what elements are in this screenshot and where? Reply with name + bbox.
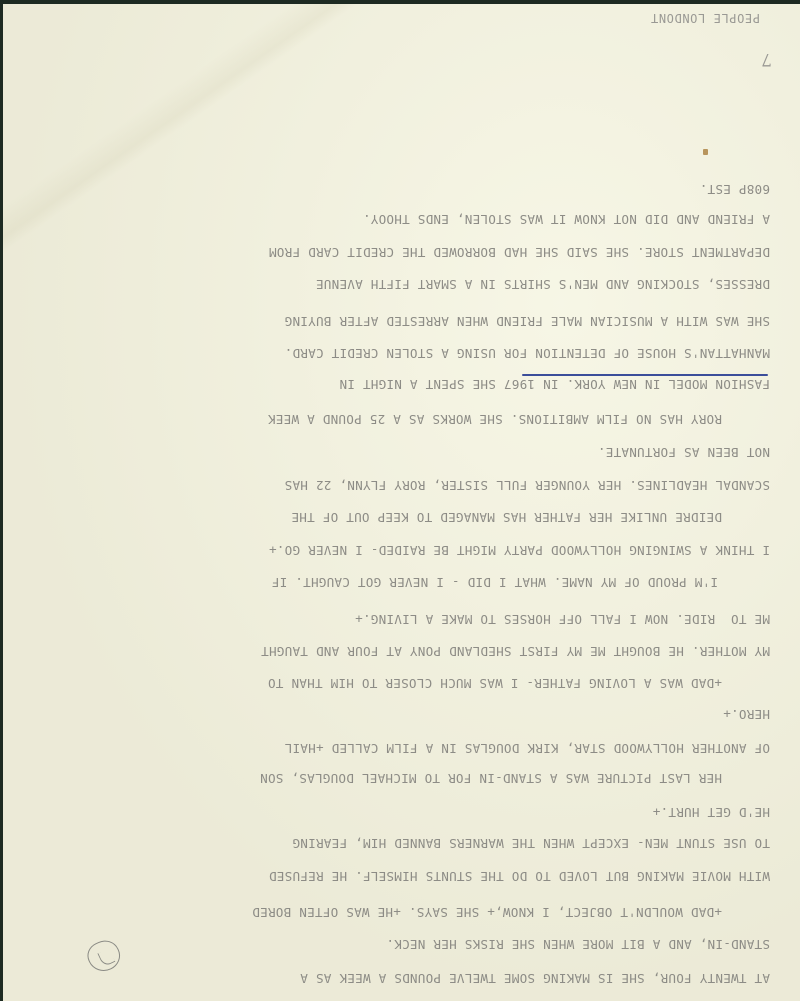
body-line: STAND-IN, AND A BIT MORE WHEN SHE RISKS … [386, 937, 770, 951]
typewritten-wire-copy-sheet: AT TWENTY FOUR, SHE IS MAKING SOME TWELV… [3, 4, 800, 1001]
header-tag: PEOPLE LONDONT [650, 11, 760, 25]
body-line: SHE WAS WITH A MUSICIAN MALE FRIEND WHEN… [284, 314, 770, 328]
body-line: OF ANOTHER HOLLYWOOD STAR, KIRK DOUGLAS … [284, 741, 770, 755]
body-line: DEPARTMENT STORE. SHE SAID SHE HAD BORRO… [269, 245, 770, 259]
body-line: I THINK A SWINGING HOLLYWOOD PARTY MIGHT… [269, 543, 770, 557]
body-line: HE'D GET HURT.+ [653, 805, 770, 819]
body-line: +DAD WAS A LOVING FATHER- I WAS MUCH CLO… [268, 676, 722, 690]
page-number: 7 [761, 52, 772, 66]
body-line: SCANDAL HEADLINES. HER YOUNGER FULL SIST… [284, 478, 770, 492]
body-line: +DAD WOULDN'T OBJECT, I KNOW,+ SHE SAYS.… [252, 905, 722, 919]
paper-fold-shading [3, 4, 800, 1001]
body-line: MANHATTAN'S HOUSE OF DETENTION FOR USING… [284, 346, 770, 360]
paper-stain [703, 149, 708, 155]
body-line: TO USE STUNT MEN- EXCEPT WHEN THE WARNER… [292, 836, 770, 850]
body-line: MY MOTHER. HE BOUGHT ME MY FIRST SHEDLAN… [261, 644, 770, 658]
dateline-time: 608P EST. [700, 182, 771, 196]
body-line: RORY HAS NO FILM AMBITIONS. SHE WORKS AS… [268, 412, 722, 426]
body-line: DRESSES, STOCKING AND MEN'S SHIRTS IN A … [316, 277, 770, 291]
blue-pen-underline [522, 374, 768, 376]
body-line: AT TWENTY FOUR, SHE IS MAKING SOME TWELV… [300, 971, 770, 985]
body-line: I'M PROUD OF MY NAME. WHAT I DID - I NEV… [272, 575, 718, 589]
body-line: HER LAST PICTURE WAS A STAND-IN FOR TO M… [260, 771, 722, 785]
body-line: DEIDRE UNLIKE HER FATHER HAS MANAGED TO … [291, 510, 722, 524]
body-line: WITH MOVIE MAKING BUT LOVED TO DO THE ST… [269, 869, 770, 883]
body-line: NOT BEEN AS FORTUNATE. [598, 445, 770, 459]
body-line: ME TO RIDE. NOW I FALL OFF HORSES TO MAK… [355, 612, 770, 626]
handwritten-circled-number [83, 936, 125, 977]
body-line: A FRIEND AND DID NOT KNOW IT WAS STOLEN,… [363, 212, 770, 226]
body-line: FASHION MODEL IN NEW YORK. IN 1967 SHE S… [339, 377, 770, 391]
body-line: HERO.+ [723, 707, 770, 721]
